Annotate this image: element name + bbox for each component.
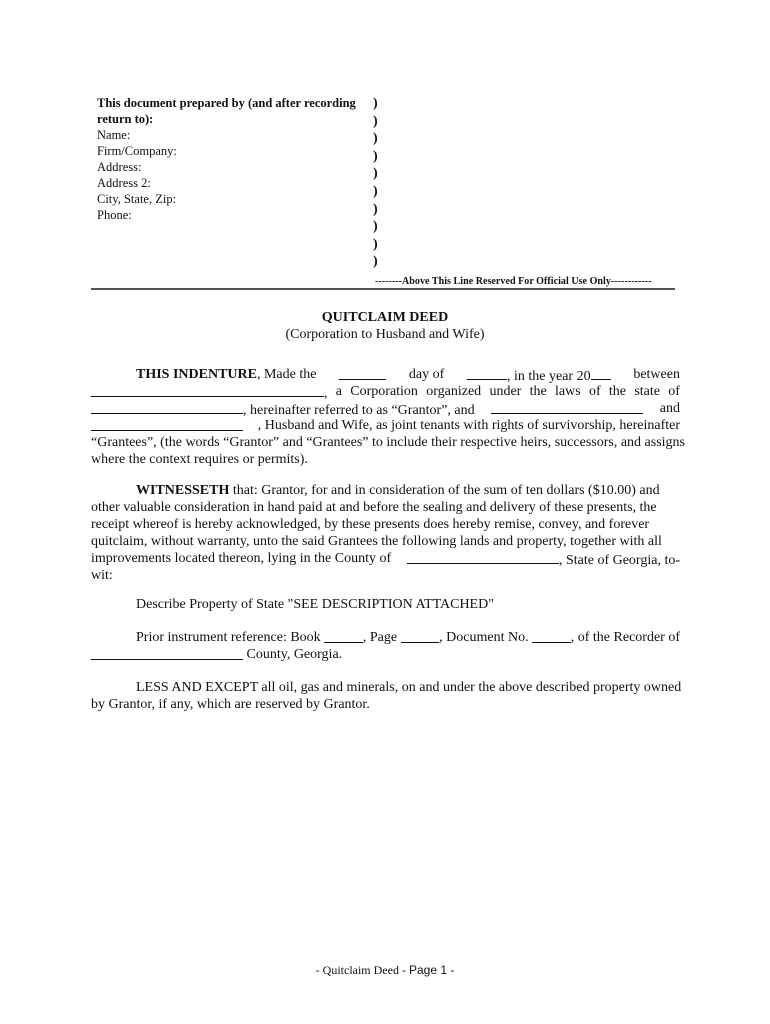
recording-divider — [91, 288, 675, 290]
property-description: Describe Property of State "SEE DESCRIPT… — [91, 596, 680, 613]
document-title: QUITCLAIM DEED — [0, 309, 770, 326]
bracket-glyph: ) — [373, 201, 385, 219]
state-blank[interactable] — [91, 400, 243, 414]
bracket-glyph: ) — [373, 183, 385, 201]
bracket-column: ) ) ) ) ) ) ) ) ) ) — [373, 95, 385, 271]
year-blank[interactable] — [591, 366, 611, 380]
bracket-glyph: ) — [373, 253, 385, 271]
witnesseth-line-2: other valuable consideration in hand pai… — [91, 499, 680, 516]
recorder-county-blank[interactable] — [91, 646, 243, 660]
indenture-line-2: , a Corporation organized under the laws… — [91, 383, 680, 400]
footer-page-number: Page 1 - — [409, 963, 454, 977]
indenture-line-4: , Husband and Wife, as joint tenants wit… — [91, 417, 680, 434]
document-subtitle: (Corporation to Husband and Wife) — [0, 326, 770, 343]
indenture-line-1: THIS INDENTURE, Made the day of , in the… — [91, 366, 680, 383]
prior-instrument-line-2: County, Georgia. — [91, 646, 680, 663]
witnesseth-line-1: WITNESSETH that: Grantor, for and in con… — [91, 482, 680, 499]
bracket-glyph: ) — [373, 148, 385, 166]
indenture-paragraph: THIS INDENTURE, Made the day of , in the… — [91, 366, 680, 468]
grantee-1-blank[interactable] — [491, 400, 643, 414]
prior-instrument-paragraph: Prior instrument reference: Book , Page … — [91, 629, 680, 663]
indenture-line-5: “Grantees”, (the words “Grantor” and “Gr… — [91, 434, 680, 451]
witnesseth-line-4: quitclaim, without warranty, unto the sa… — [91, 533, 680, 550]
witnesseth-paragraph: WITNESSETH that: Grantor, for and in con… — [91, 482, 680, 584]
address2-field-label: Address 2: — [97, 175, 367, 191]
bracket-glyph: ) — [373, 236, 385, 254]
grantee-2-blank[interactable] — [91, 417, 243, 431]
bracket-glyph: ) — [373, 95, 385, 113]
indenture-lead: THIS INDENTURE — [136, 367, 257, 382]
indenture-line-3: , hereinafter referred to as “Grantor”, … — [91, 400, 680, 417]
city-state-zip-field-label: City, State, Zip: — [97, 191, 367, 207]
witnesseth-line-6: wit: — [91, 567, 680, 584]
bracket-glyph: ) — [373, 218, 385, 236]
prior-instrument-line-1: Prior instrument reference: Book , Page … — [91, 629, 680, 646]
book-blank[interactable] — [324, 629, 363, 643]
official-use-notice: --------Above This Line Reserved For Off… — [375, 276, 651, 287]
prepared-by-heading-cont: return to): — [97, 111, 367, 127]
phone-field-label: Phone: — [97, 207, 367, 223]
witnesseth-line-3: receipt whereof is hereby acknowledged, … — [91, 516, 680, 533]
witnesseth-line-5: improvements located thereon, lying in t… — [91, 550, 680, 567]
county-blank[interactable] — [407, 550, 559, 564]
document-no-blank[interactable] — [532, 629, 571, 643]
name-field-label: Name: — [97, 127, 367, 143]
document-page: This document prepared by (and after rec… — [0, 0, 770, 1024]
less-and-except-paragraph: LESS AND EXCEPT all oil, gas and mineral… — [91, 679, 680, 713]
prepared-by-block: This document prepared by (and after rec… — [97, 95, 367, 223]
bracket-glyph: ) — [373, 130, 385, 148]
address-field-label: Address: — [97, 159, 367, 175]
bracket-glyph: ) — [373, 165, 385, 183]
month-blank[interactable] — [467, 366, 507, 380]
footer-doc-name: - Quitclaim Deed - — [316, 963, 409, 977]
corporation-name-blank[interactable] — [91, 383, 324, 397]
page-footer: - Quitclaim Deed - Page 1 - — [0, 963, 770, 978]
indenture-line-6: where the context requires or permits). — [91, 451, 680, 468]
day-blank[interactable] — [339, 366, 386, 380]
firm-company-field-label: Firm/Company: — [97, 143, 367, 159]
bracket-glyph: ) — [373, 113, 385, 131]
page-blank[interactable] — [401, 629, 440, 643]
prepared-by-heading: This document prepared by (and after rec… — [97, 95, 367, 111]
witnesseth-lead: WITNESSETH — [136, 483, 229, 498]
